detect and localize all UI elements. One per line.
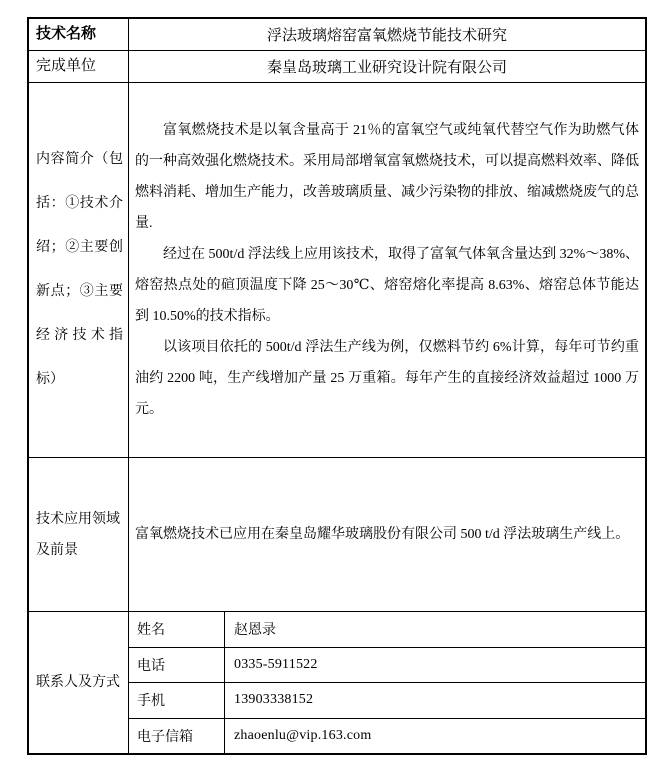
content-summary-value: 富氧燃烧技术是以氧含量高于 21％的富氧空气或纯氧代替空气作为助燃气体的一种高效…	[129, 83, 645, 457]
row-content-summary: 内容简介（包括：①技术介绍；②主要创新点；③主要经济技术指标） 富氧燃烧技术是以…	[29, 83, 645, 458]
tech-name-value: 浮法玻璃熔窑富氧燃烧节能技术研究	[129, 19, 645, 50]
summary-paragraph-3: 以该项目依托的 500t/d 浮法生产线为例，仅燃料节约 6%计算，每年可节约重…	[135, 332, 639, 425]
row-application-field: 技术应用领域及前景 富氧燃烧技术已应用在秦皇岛耀华玻璃股份有限公司 500 t/…	[29, 458, 645, 612]
tech-achievement-table: 技术名称 浮法玻璃熔窑富氧燃烧节能技术研究 完成单位 秦皇岛玻璃工业研究设计院有…	[27, 17, 647, 755]
contact-phone-label: 电话	[129, 648, 225, 683]
tech-name-label: 技术名称	[29, 19, 129, 50]
contact-row-name: 姓名 赵恩录	[129, 612, 645, 648]
row-contact-info: 联系人及方式 姓名 赵恩录 电话 0335-5911522 手机 1390333…	[29, 612, 645, 753]
content-summary-label: 内容简介（包括：①技术介绍；②主要创新点；③主要经济技术指标）	[29, 83, 129, 457]
contact-row-email: 电子信箱 zhaoenlu@vip.163.com	[129, 719, 645, 754]
contact-phone-value: 0335-5911522	[225, 648, 645, 683]
summary-paragraph-1: 富氧燃烧技术是以氧含量高于 21％的富氧空气或纯氧代替空气作为助燃气体的一种高效…	[135, 115, 639, 239]
contact-row-phone: 电话 0335-5911522	[129, 648, 645, 684]
contact-email-value: zhaoenlu@vip.163.com	[225, 719, 645, 754]
contact-row-mobile: 手机 13903338152	[129, 683, 645, 719]
row-completing-unit: 完成单位 秦皇岛玻璃工业研究设计院有限公司	[29, 51, 645, 83]
application-field-value: 富氧燃烧技术已应用在秦皇岛耀华玻璃股份有限公司 500 t/d 浮法玻璃生产线上…	[129, 458, 645, 611]
contact-name-label: 姓名	[129, 612, 225, 647]
contact-name-value: 赵恩录	[225, 612, 645, 647]
contact-email-label: 电子信箱	[129, 719, 225, 754]
application-field-label: 技术应用领域及前景	[29, 458, 129, 611]
completing-unit-label: 完成单位	[29, 51, 129, 82]
contact-info-label: 联系人及方式	[29, 612, 129, 753]
contact-mobile-label: 手机	[129, 683, 225, 718]
contact-subtable: 姓名 赵恩录 电话 0335-5911522 手机 13903338152 电子…	[129, 612, 645, 753]
row-tech-name: 技术名称 浮法玻璃熔窑富氧燃烧节能技术研究	[29, 19, 645, 51]
contact-mobile-value: 13903338152	[225, 683, 645, 718]
completing-unit-value: 秦皇岛玻璃工业研究设计院有限公司	[129, 51, 645, 82]
summary-paragraph-2: 经过在 500t/d 浮法线上应用该技术，取得了富氧气体氧含量达到 32%～38…	[135, 239, 639, 332]
